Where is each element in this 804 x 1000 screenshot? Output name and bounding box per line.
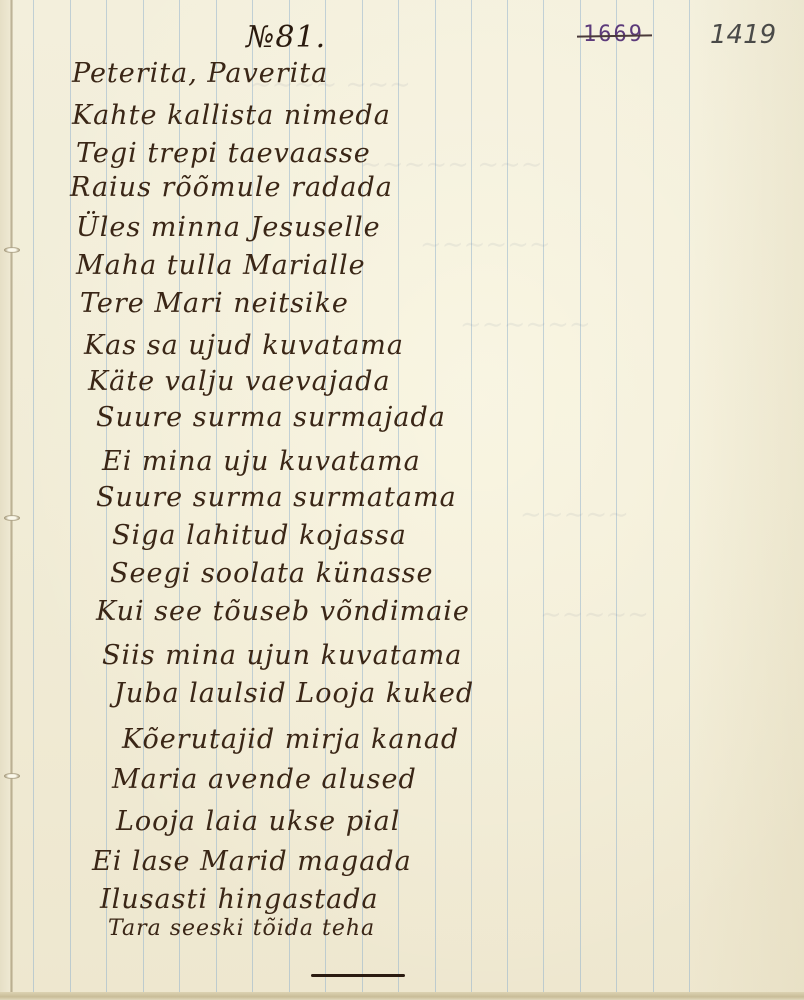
- bleed-through: ∼∼∼∼∼∼: [420, 230, 551, 260]
- end-of-song-rule: [311, 974, 405, 977]
- verse-line: Käte valju vaevajada: [88, 366, 391, 397]
- manuscript-page: ∼∼∼∼ ∼∼∼ ∼∼∼∼∼ ∼∼∼ ∼∼∼∼∼∼ ∼∼∼∼∼∼ ∼∼∼∼∼ ∼…: [0, 0, 804, 1000]
- verse-line: Üles minna Jesuselle: [76, 212, 381, 243]
- verse-line: Kõerutajid mirja kanad: [122, 724, 459, 755]
- verse-line: Raius rõõmule radada: [70, 172, 393, 203]
- verse-line: Maha tulla Marialle: [76, 250, 366, 281]
- bleed-through: ∼∼∼∼∼∼: [460, 310, 591, 340]
- song-number-heading: №81.: [246, 20, 326, 55]
- crossed-out-number: 1669: [583, 22, 644, 47]
- binding-edge: [0, 0, 10, 1000]
- verse-line: Ilusasti hingastada: [100, 884, 379, 915]
- verse-line: Siis mina ujun kuvatama: [102, 640, 462, 671]
- bleed-through: ∼∼∼∼∼: [520, 500, 629, 530]
- binding-hole: [4, 773, 20, 779]
- verse-line: Seegi soolata künasse: [110, 558, 434, 589]
- verse-line: Siga lahitud kojassa: [112, 520, 407, 551]
- verse-line: Looja laia ukse pial: [116, 806, 400, 837]
- verse-line: Tere Mari neitsike: [80, 288, 349, 319]
- verse-line: Maria avende alused: [112, 764, 417, 795]
- page-bottom-edge: [0, 992, 804, 1000]
- verse-line: Kui see tõuseb võndimaie: [96, 596, 470, 627]
- binding-hole: [4, 515, 20, 521]
- verse-line: Juba laulsid Looja kuked: [114, 678, 474, 709]
- verse-line: Kahte kallista nimeda: [72, 100, 391, 131]
- verse-line: Tara seeski tõida teha: [108, 916, 375, 941]
- verse-line: Ei lase Marid magada: [92, 846, 412, 877]
- binding-fold: [10, 0, 13, 1000]
- verse-line: Peterita, Paverita: [72, 58, 328, 89]
- bleed-through: ∼∼∼∼∼: [540, 600, 649, 630]
- archive-number: 1419: [710, 20, 776, 50]
- verse-line: Suure surma surmatama: [96, 482, 457, 513]
- verse-line: Suure surma surmajada: [96, 402, 446, 433]
- verse-line: Kas sa ujud kuvatama: [84, 330, 404, 361]
- binding-hole: [4, 247, 20, 253]
- verse-line: Tegi trepi taevaasse: [76, 138, 371, 169]
- verse-line: Ei mina uju kuvatama: [102, 446, 421, 477]
- paper-shading: [684, 0, 804, 1000]
